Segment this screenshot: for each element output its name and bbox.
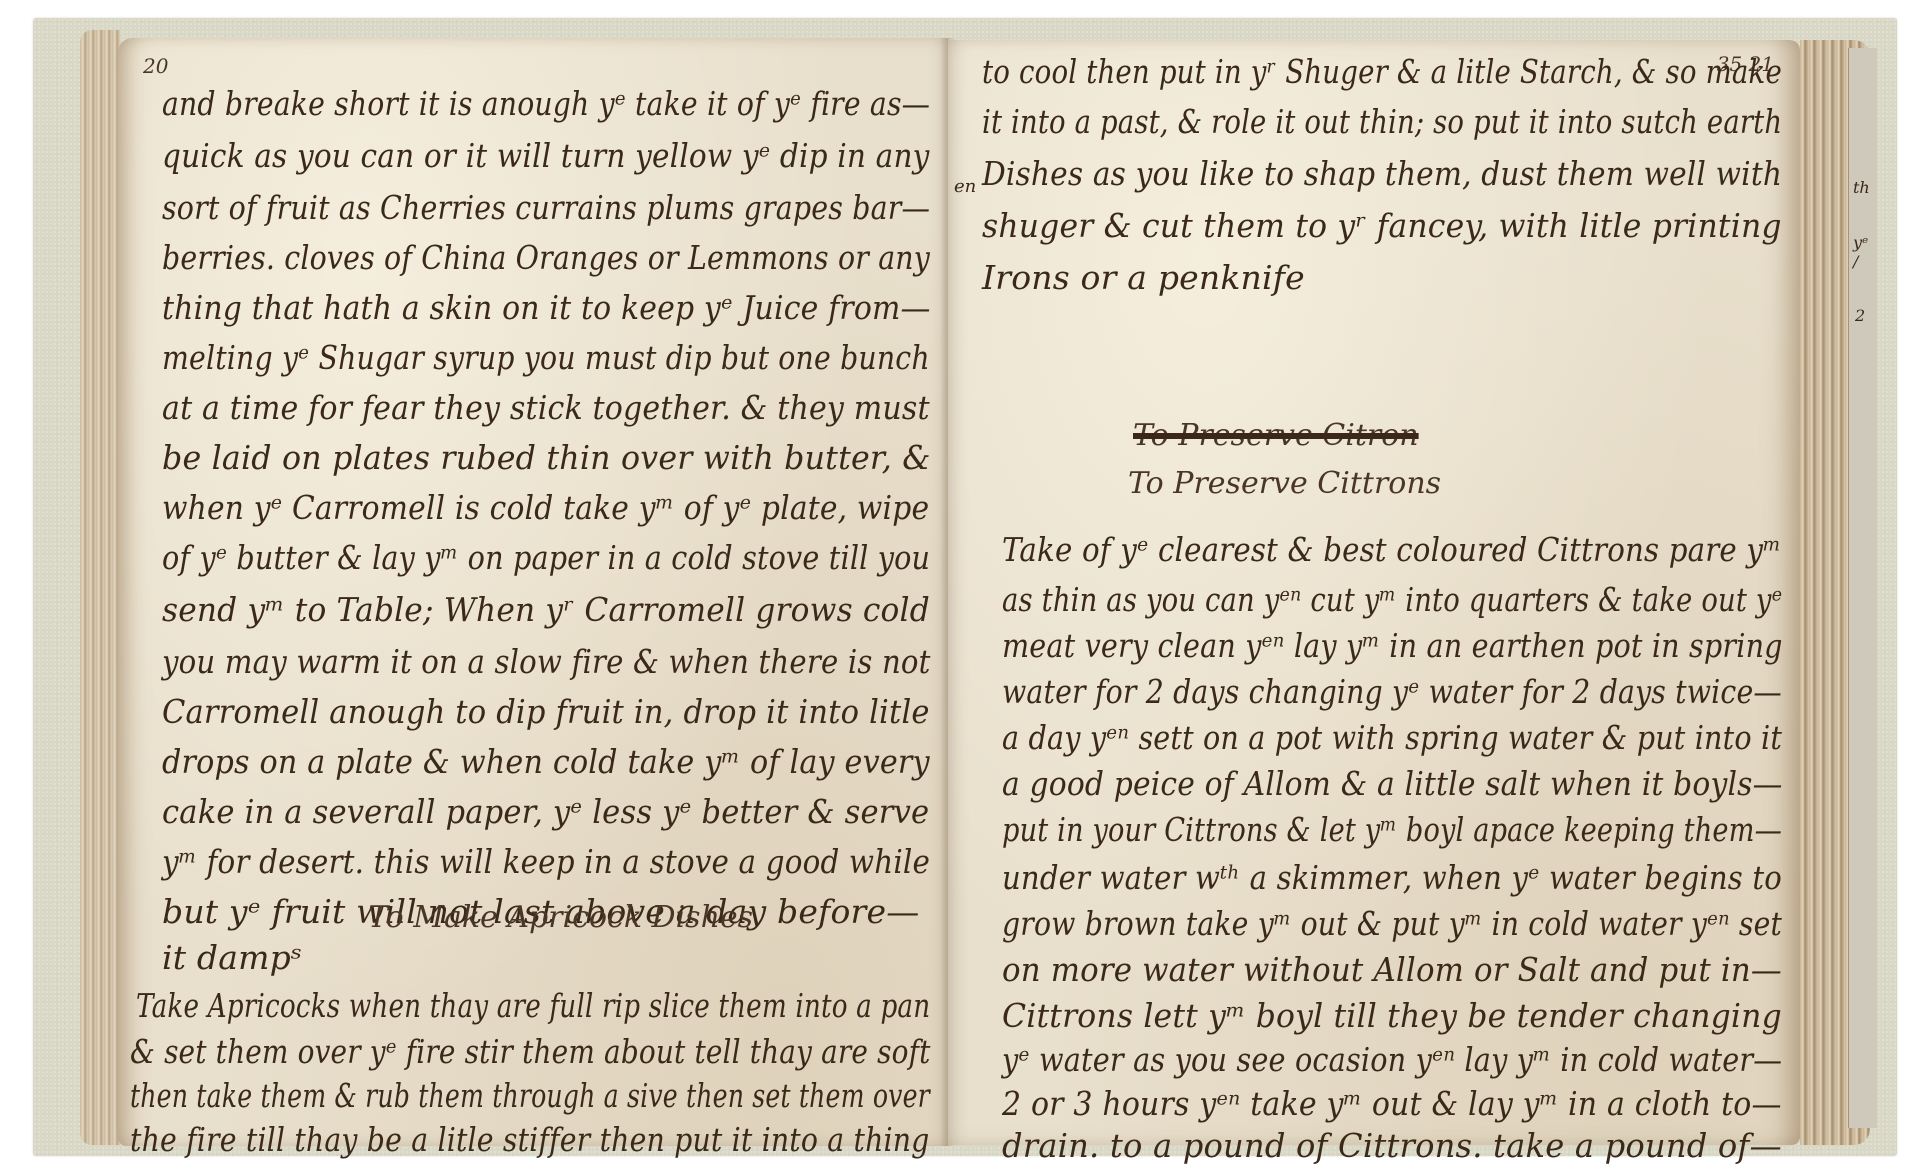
text-line: water for 2 days changing yᵉ water for 2… [1002, 672, 1782, 711]
text-line: when yᵉ Carromell is cold take yᵐ of yᵉ … [162, 488, 929, 527]
text-line: it into a past, & role it out thin; so p… [982, 102, 1782, 141]
fore-edge-note: yᵉ / [1853, 233, 1877, 271]
text-line: the fire till thay be a litle stiffer th… [130, 1120, 929, 1159]
text-line: berries. cloves of China Oranges or Lemm… [162, 238, 930, 277]
text-line: Take of yᵉ clearest & best coloured Citt… [1002, 530, 1781, 569]
margin-note: en [954, 176, 976, 197]
text-line: under water wᵗʰ a skimmer, when yᵉ water… [1002, 858, 1782, 897]
text-line: drain. to a pound of Cittrons. take a po… [1002, 1126, 1782, 1165]
text-line: cake in a severall paper, yᵉ less yᵉ bet… [162, 792, 929, 831]
text-line: yᵉ water as you see ocasion yᵉⁿ lay yᵐ i… [1002, 1040, 1782, 1079]
text-line: & set them over yᵉ fire stir them about … [130, 1032, 931, 1071]
text-line: thing that hath a skin on it to keep yᵉ … [162, 288, 931, 327]
text-line: a day yᵉⁿ sett on a pot with spring wate… [1002, 718, 1782, 757]
fore-edge-flap: th yᵉ / 2 [1848, 48, 1877, 1128]
text-line: sort of fruit as Cherries currains plums… [162, 188, 930, 227]
text-line: to cool then put in yʳ Shuger & a litle … [982, 52, 1782, 91]
fore-edge-note: th [1853, 178, 1870, 197]
recipe-heading: To Make Apricock Dishes [368, 900, 753, 935]
text-line: as thin as you can yᵉⁿ cut yᵐ into quart… [1002, 580, 1782, 619]
struck-heading: To Preserve Citron [1133, 418, 1419, 453]
text-line: then take them & rub them through a sive… [130, 1076, 930, 1115]
recipe-heading: To Preserve Cittrons [1128, 466, 1441, 501]
text-line: meat very clean yᵉⁿ lay yᵐ in an earthen… [1002, 626, 1783, 665]
text-line: yᵐ for desert. this will keep in a stove… [162, 842, 930, 881]
text-line: Carromell anough to dip fruit in, drop i… [162, 692, 930, 731]
text-line: be laid on plates rubed thin over with b… [162, 438, 931, 477]
text-line: of yᵉ butter & lay yᵐ on paper in a cold… [162, 538, 930, 577]
page-number: 20 [143, 54, 168, 78]
text-line: grow brown take yᵐ out & put yᵐ in cold … [1002, 904, 1782, 943]
text-line: it dampˢ [162, 938, 302, 977]
right-page: 35 21 en to cool then put in yʳ Shuger &… [948, 40, 1800, 1145]
text-line: 2 or 3 hours yᵉⁿ take yᵐ out & lay yᵐ in… [1002, 1084, 1782, 1123]
text-line: quick as you can or it will turn yellow … [162, 136, 930, 175]
text-line: Take Apricocks when thay are full rip sl… [136, 986, 930, 1025]
text-line: a good peice of Allom & a little salt wh… [1002, 764, 1783, 803]
text-line: send yᵐ to Table; When yʳ Carromell grow… [162, 590, 930, 629]
text-line: you may warm it on a slow fire & when th… [162, 642, 931, 681]
text-line: put in your Cittrons & let yᵐ boyl apace… [1002, 810, 1782, 849]
text-line: drops on a plate & when cold take yᵐ of … [162, 742, 930, 781]
text-line: Cittrons lett yᵐ boyl till they be tende… [1002, 996, 1782, 1035]
text-line: and breake short it is anough yᵉ take it… [162, 84, 930, 123]
text-line: melting yᵉ Shugar syrup you must dip but… [162, 338, 930, 377]
left-page-edges [80, 30, 120, 1145]
text-line: on more water without Allom or Salt and … [1002, 950, 1782, 989]
text-line: Dishes as you like to shap them, dust th… [982, 154, 1782, 193]
fore-edge-note: 2 [1855, 306, 1865, 325]
text-line: at a time for fear they stick together. … [162, 388, 930, 427]
text-line: shuger & cut them to yʳ fancey, with lit… [982, 206, 1782, 245]
left-page: 20 and breake short it is anough yᵉ take… [118, 38, 948, 1146]
text-line: Irons or a penknife [982, 258, 1305, 297]
